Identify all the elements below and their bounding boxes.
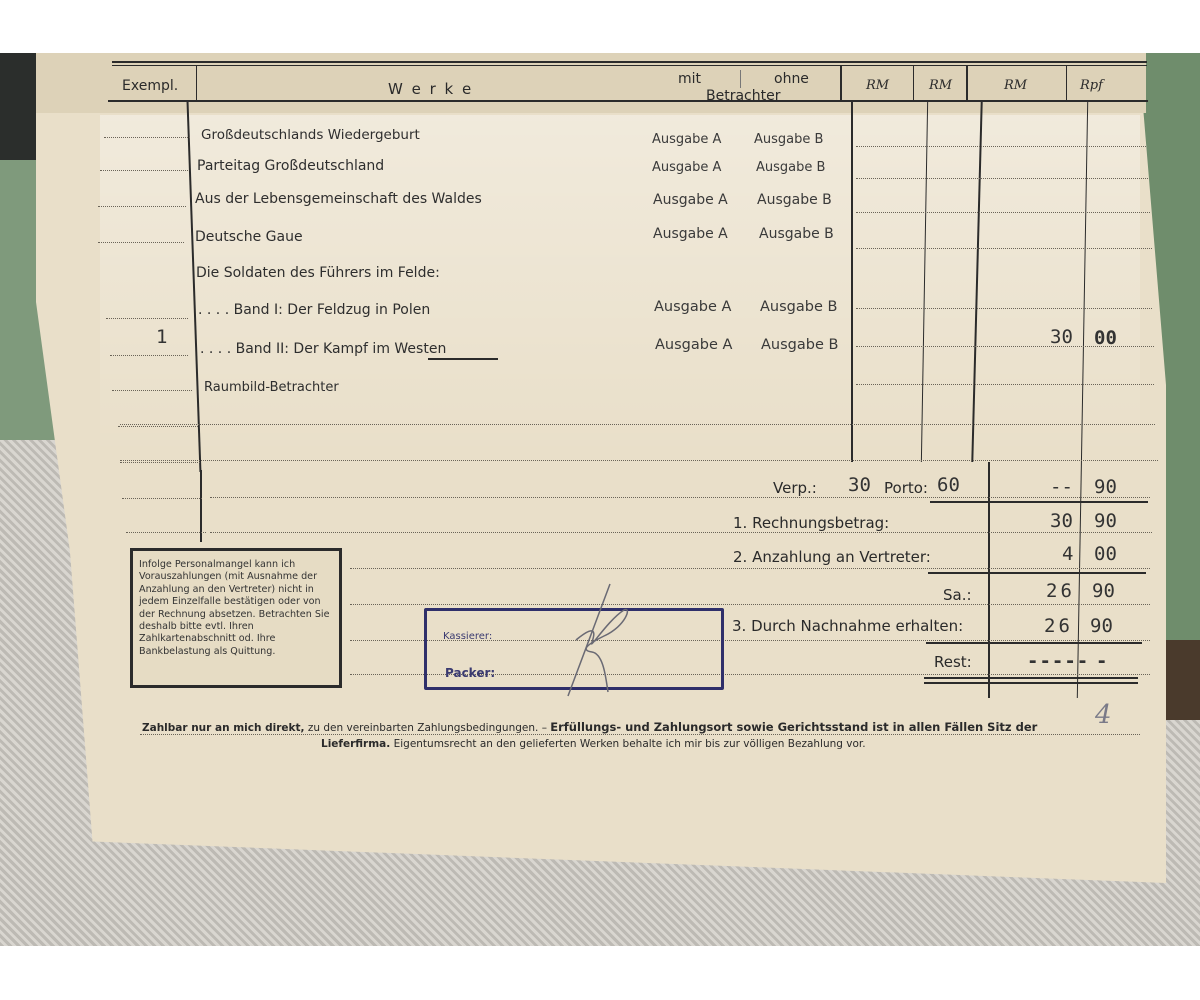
- header-betrachter: Betrachter: [706, 88, 780, 104]
- header-rm-1: RM: [866, 78, 889, 93]
- rest-rpf[interactable]: -: [1096, 650, 1107, 672]
- notice-box: Infolge Personalmangel kann ich Vorausza…: [130, 548, 342, 688]
- sa-rpf[interactable]: 90: [1092, 580, 1115, 602]
- item-price-rpf[interactable]: 00: [1094, 327, 1117, 349]
- item-price-rm[interactable]: 30: [1050, 326, 1073, 348]
- item-edition-b[interactable]: Ausgabe B: [760, 299, 837, 315]
- handwritten-page-mark: 4: [1095, 700, 1112, 730]
- verp-value[interactable]: 30: [848, 474, 871, 496]
- item-edition-b[interactable]: Ausgabe B: [757, 192, 832, 208]
- rechnungsbetrag-label: 1. Rechnungsbetrag:: [733, 514, 889, 532]
- brown-object-right: [1165, 640, 1200, 720]
- item-title: Parteitag Großdeutschland: [197, 158, 384, 174]
- header-mit: mit: [678, 71, 701, 87]
- item-edition-a[interactable]: Ausgabe A: [652, 132, 721, 147]
- item-edition-a[interactable]: Ausgabe A: [653, 226, 728, 242]
- item-title: Aus der Lebensgemeinschaft des Waldes: [195, 191, 482, 207]
- stamp-cashier-label: Kassierer:: [443, 631, 492, 642]
- anzahlung-rm[interactable]: 4: [1062, 543, 1073, 565]
- header-top-rule: [112, 61, 1147, 63]
- header-exempl: Exempl.: [122, 78, 178, 94]
- price-column-rule: [851, 102, 853, 462]
- anzahlung-rpf[interactable]: 00: [1094, 543, 1117, 565]
- nachnahme-label: 3. Durch Nachnahme erhalten:: [732, 617, 963, 635]
- item-edition-a[interactable]: Ausgabe A: [654, 299, 731, 315]
- verp-label: Verp.:: [773, 479, 817, 497]
- sa-label: Sa.:: [943, 586, 972, 604]
- item-title: Die Soldaten des Führers im Felde:: [196, 265, 440, 281]
- stamp-packer-label: Packer:: [445, 666, 495, 680]
- item-title-ordered: . . . . Band II: Der Kampf im Westen: [200, 341, 446, 357]
- item-title: Deutsche Gaue: [195, 229, 303, 245]
- nachnahme-rm[interactable]: 26: [1044, 615, 1073, 637]
- item-title: Raumbild-Betrachter: [204, 380, 339, 395]
- item-edition-a[interactable]: Ausgabe A: [652, 160, 721, 175]
- handwritten-underline: [428, 358, 498, 360]
- signature-icon: [548, 580, 638, 700]
- anzahlung-label: 2. Anzahlung an Vertreter:: [733, 548, 931, 566]
- footer-line-2: Lieferfirma. Eigentumsrecht an den gelie…: [321, 738, 866, 750]
- item-title: . . . . Band I: Der Feldzug in Polen: [198, 302, 430, 318]
- header-ohne: ohne: [774, 71, 809, 87]
- verp-porto-rpf[interactable]: 90: [1094, 476, 1117, 498]
- rechnungsbetrag-rpf[interactable]: 90: [1094, 510, 1117, 532]
- header-werke: W e r k e: [388, 80, 473, 98]
- item-edition-b[interactable]: Ausgabe B: [759, 226, 834, 242]
- header-rpf: Rpf: [1080, 78, 1103, 93]
- verp-porto-rm[interactable]: --: [1050, 476, 1073, 498]
- rest-label: Rest:: [934, 653, 972, 671]
- footer-line-1: Zahlbar nur an mich direkt, zu den verei…: [142, 720, 1037, 734]
- item-quantity[interactable]: 1: [156, 326, 167, 348]
- nachnahme-rpf[interactable]: 90: [1090, 615, 1113, 637]
- porto-label: Porto:: [884, 479, 928, 497]
- header-bottom-rule: [108, 100, 1148, 102]
- item-edition-a[interactable]: Ausgabe A: [653, 192, 728, 208]
- item-edition-b[interactable]: Ausgabe B: [761, 337, 838, 353]
- sa-rm[interactable]: 26: [1046, 580, 1075, 602]
- rest-rm[interactable]: -----: [1027, 650, 1089, 672]
- porto-value[interactable]: 60: [937, 474, 960, 496]
- rechnungsbetrag-rm[interactable]: 30: [1050, 510, 1073, 532]
- item-edition-b[interactable]: Ausgabe B: [754, 132, 823, 147]
- header-rm-2: RM: [929, 78, 952, 93]
- item-edition-a[interactable]: Ausgabe A: [655, 337, 732, 353]
- header-rm-3: RM: [1004, 78, 1027, 93]
- item-edition-b[interactable]: Ausgabe B: [756, 160, 825, 175]
- item-title: Großdeutschlands Wiedergeburt: [201, 127, 420, 143]
